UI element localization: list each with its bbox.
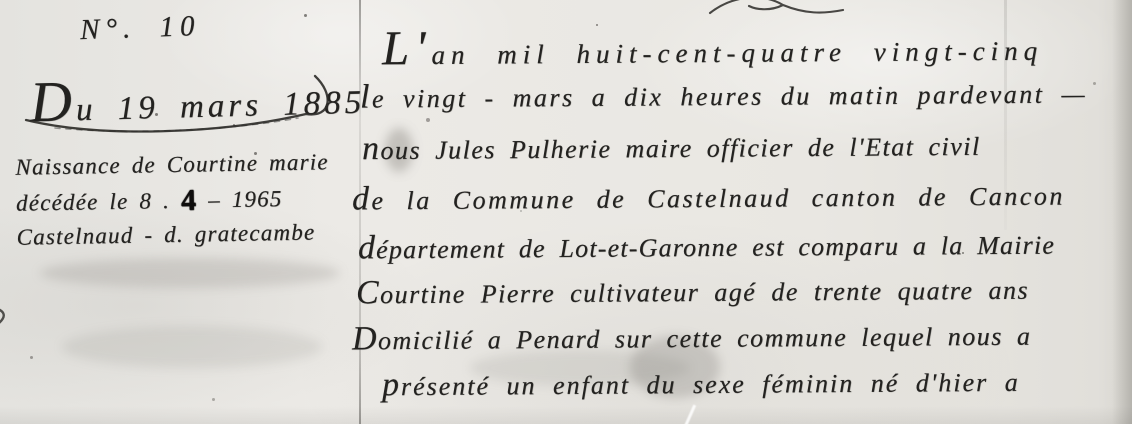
death-date-prefix: décédée le 8 . — [16, 188, 170, 216]
body-line-6: Courtine Pierre cultivateur agé de trent… — [356, 270, 1029, 313]
date-underline-flourish — [10, 70, 340, 140]
registry-scan-page: N°. 10 Du 19 mars 1885 Naissance de Cour… — [0, 0, 1132, 424]
body-line-5: département de Lot-et-Garonne est compar… — [358, 225, 1055, 268]
overwritten-digit: 4 — [181, 184, 198, 218]
body-line-8: présenté un enfant du sexe féminin né d'… — [382, 362, 1020, 404]
body-line-4: de la Commune de Castelnaud canton de Ca… — [352, 176, 1065, 219]
margin-note-line-3: Castelnaud - d. gratecambe — [16, 215, 330, 254]
body-line-1: L'an mil huit-cent-quatre vingt-cinq — [382, 16, 1043, 77]
ink-bleed-smudge — [62, 326, 322, 368]
margin-note-line-1: Naissance de Courtine marie — [15, 145, 329, 184]
entry-number: N°. 10 — [79, 10, 201, 47]
ink-speck — [212, 398, 215, 401]
body-line-7: Domicilié a Penard sur cette commune leq… — [352, 316, 1032, 359]
margin-annotation: Naissance de Courtine marie décédée le 8… — [15, 145, 330, 254]
ink-speck — [426, 118, 430, 122]
bottom-edge-shade — [0, 406, 1132, 424]
margin-note-line-2: décédée le 8 . 4 – 1965 — [16, 179, 330, 220]
ink-speck — [1093, 82, 1096, 85]
death-date-suffix: – 1965 — [208, 186, 283, 212]
ink-bleed-smudge — [40, 258, 340, 288]
ink-speck — [30, 356, 33, 359]
edge-ink-mark — [0, 306, 13, 326]
page-edge-shadow — [1112, 0, 1132, 424]
body-line-2: le vingt - mars a dix heures du matin pa… — [360, 73, 1087, 116]
ink-speck — [304, 14, 307, 17]
body-line-3: nous Jules Pulherie maire officier de l'… — [362, 126, 981, 168]
